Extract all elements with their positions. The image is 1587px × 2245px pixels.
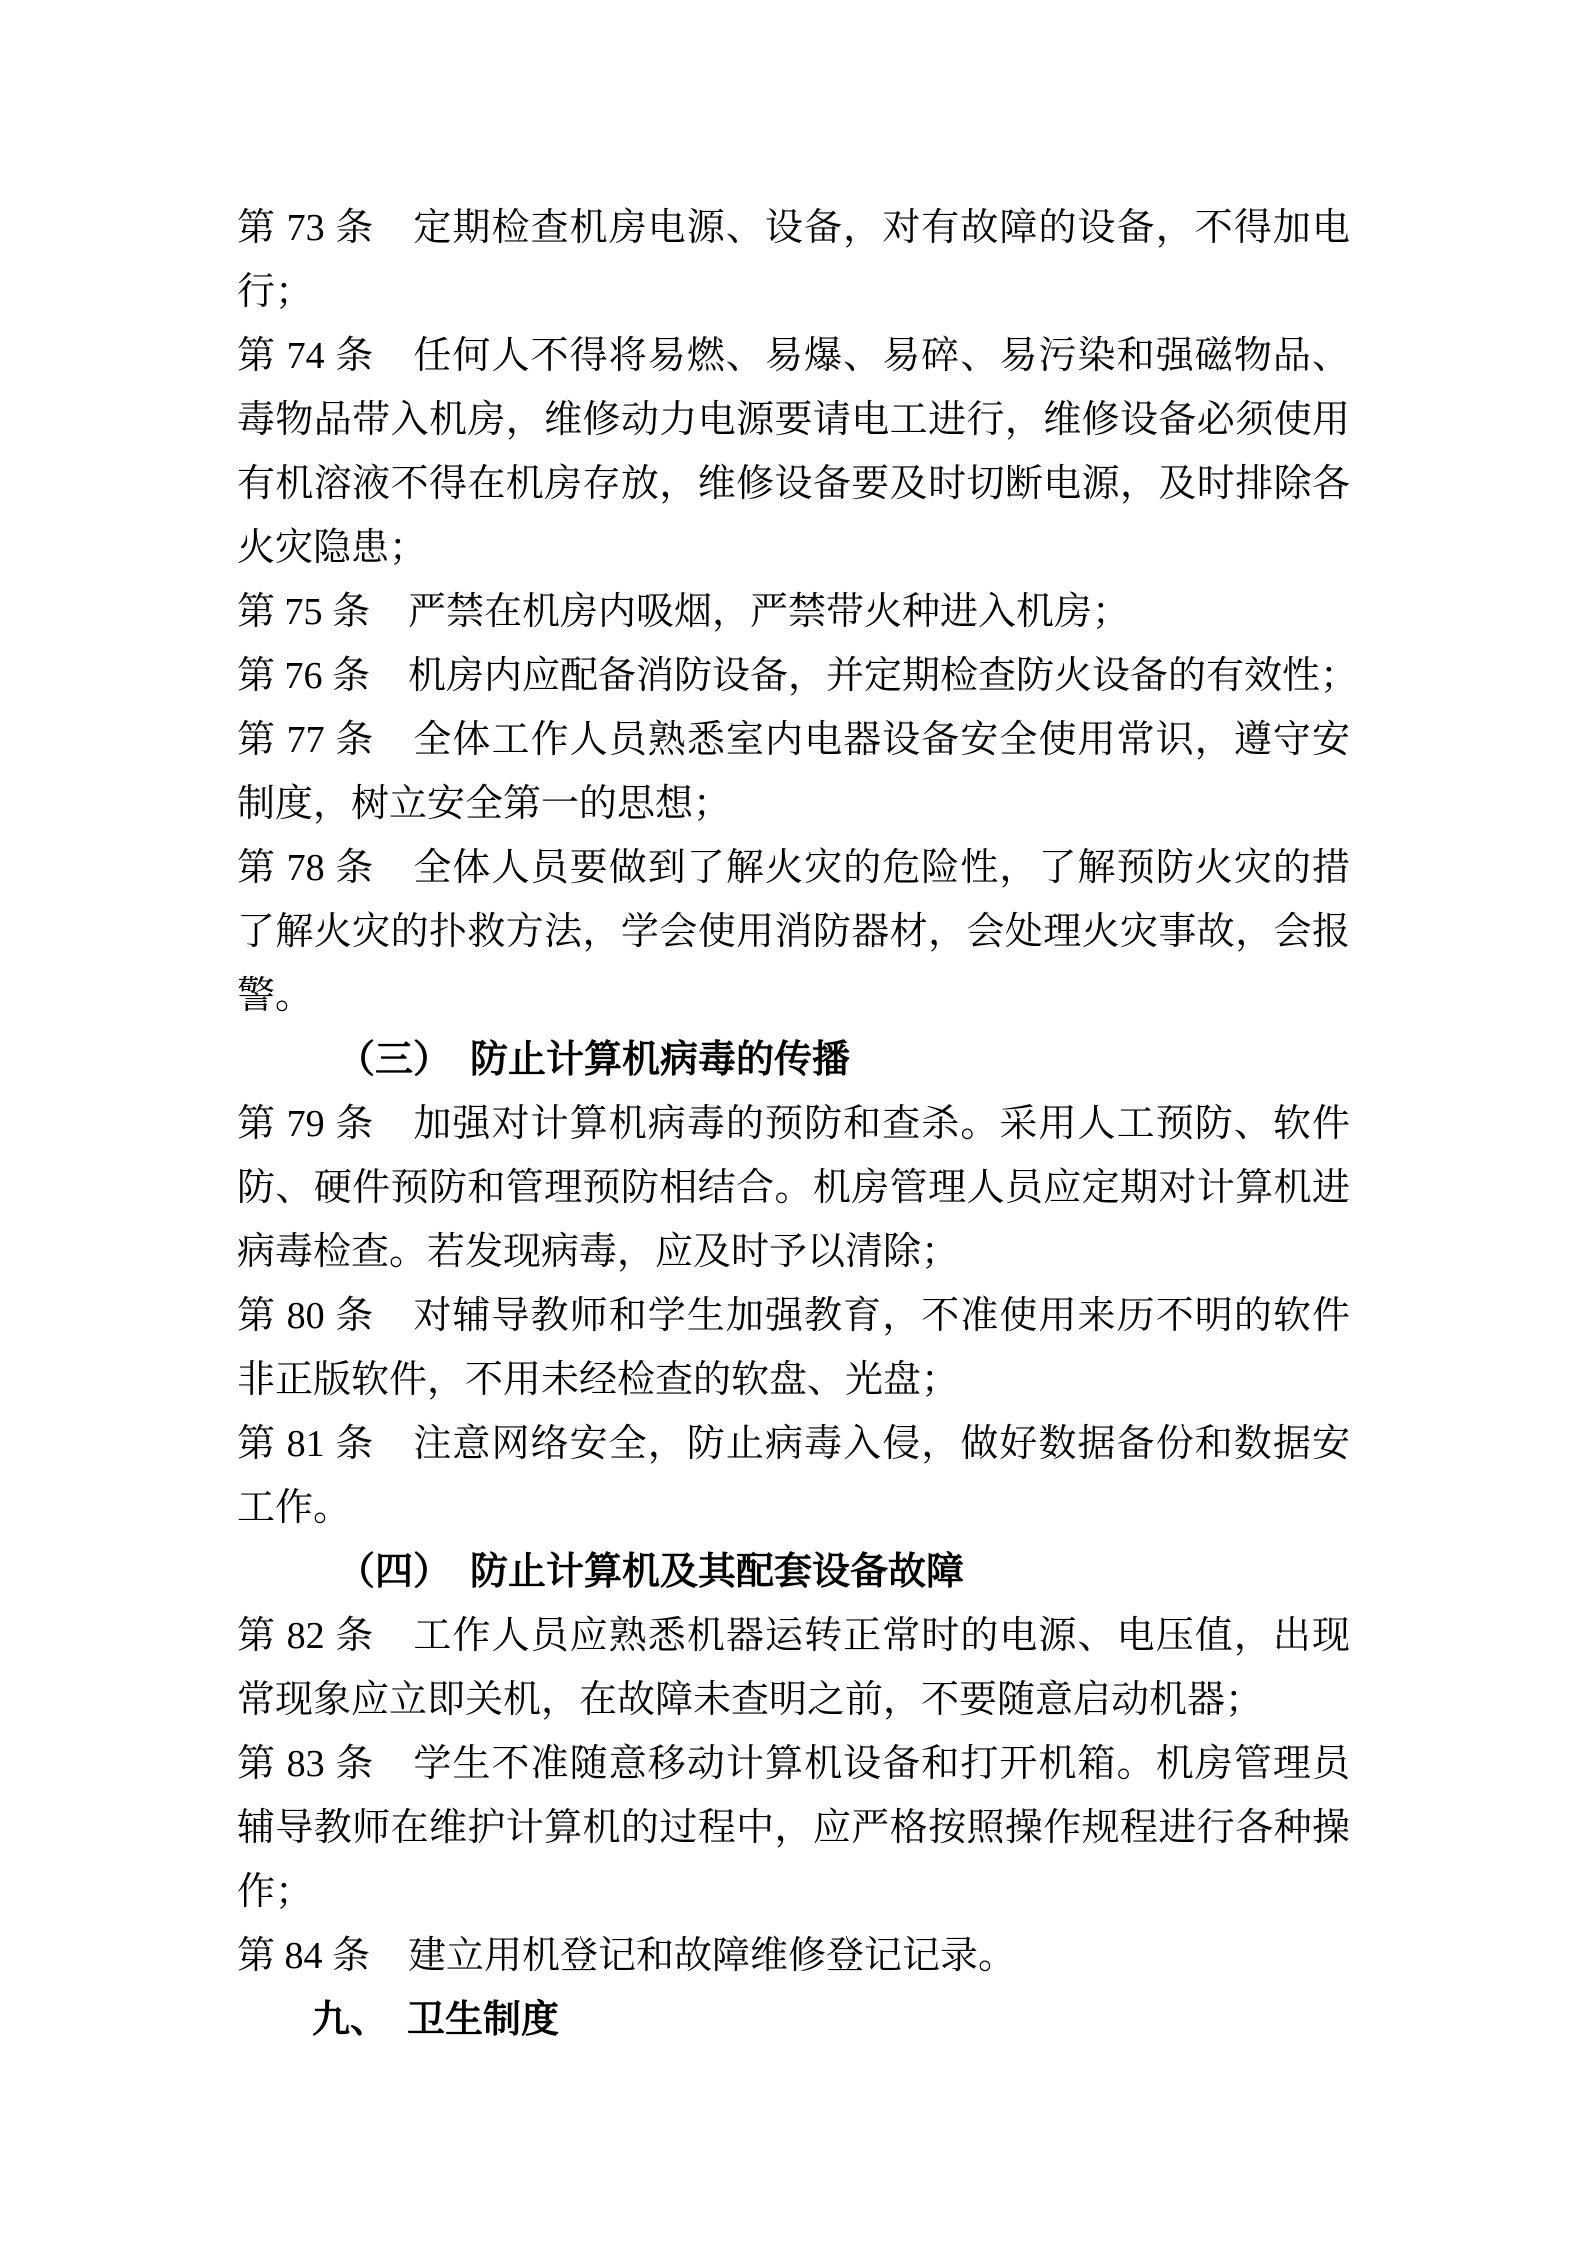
document-line: 作； <box>237 1860 1350 1924</box>
document-line: 第 83 条 学生不准随意移动计算机设备和打开机箱。机房管理员和 <box>237 1732 1350 1796</box>
document-line: 有机溶液不得在机房存放，维修设备要及时切断电源，及时排除各种 <box>237 452 1350 516</box>
document-line: 第 78 条 全体人员要做到了解火灾的危险性，了解预防火灾的措施， <box>237 836 1350 900</box>
document-line: 第 80 条 对辅导教师和学生加强教育，不准使用来历不明的软件和 <box>237 1284 1350 1348</box>
document-line: 第 84 条 建立用机登记和故障维修登记记录。 <box>237 1924 1350 1988</box>
document-line: 火灾隐患； <box>237 516 1350 580</box>
document-line: 第 75 条 严禁在机房内吸烟，严禁带火种进入机房； <box>237 580 1350 644</box>
document-line: 第 82 条 工作人员应熟悉机器运转正常时的电源、电压值，出现异 <box>237 1604 1350 1668</box>
document-line: 警。 <box>237 964 1350 1028</box>
document-line: 防、硬件预防和管理预防相结合。机房管理人员应定期对计算机进行 <box>237 1156 1350 1220</box>
document-line: 制度，树立安全第一的思想； <box>237 772 1350 836</box>
document-line: 第 79 条 加强对计算机病毒的预防和查杀。采用人工预防、软件预 <box>237 1092 1350 1156</box>
document-line: 辅导教师在维护计算机的过程中，应严格按照操作规程进行各种操 <box>237 1796 1350 1860</box>
document-line: 第 81 条 注意网络安全，防止病毒入侵，做好数据备份和数据安全 <box>237 1412 1350 1476</box>
document-line: 了解火灾的扑救方法，学会使用消防器材，会处理火灾事故，会报火 <box>237 900 1350 964</box>
document-line: 毒物品带入机房，维修动力电源要请电工进行，维修设备必须使用的 <box>237 388 1350 452</box>
document-text-block: 第 73 条 定期检查机房电源、设备，对有故障的设备，不得加电运行；第 74 条… <box>237 196 1350 2052</box>
document-line: 工作。 <box>237 1476 1350 1540</box>
document-line: 第 74 条 任何人不得将易燃、易爆、易碎、易污染和强磁物品、有 <box>237 324 1350 388</box>
document-line: 第 76 条 机房内应配备消防设备，并定期检查防火设备的有效性； <box>237 644 1350 708</box>
document-line: 行； <box>237 260 1350 324</box>
document-line: 第 77 条 全体工作人员熟悉室内电器设备安全使用常识，遵守安全 <box>237 708 1350 772</box>
document-line: 常现象应立即关机，在故障未查明之前，不要随意启动机器； <box>237 1668 1350 1732</box>
document-line: 第 73 条 定期检查机房电源、设备，对有故障的设备，不得加电运 <box>237 196 1350 260</box>
section-heading: 九、 卫生制度 <box>237 1988 1350 2052</box>
section-heading: （四） 防止计算机及其配套设备故障 <box>237 1540 1350 1604</box>
section-heading: （三） 防止计算机病毒的传播 <box>237 1028 1350 1092</box>
document-page: 第 73 条 定期检查机房电源、设备，对有故障的设备，不得加电运行；第 74 条… <box>0 0 1587 2245</box>
document-line: 非正版软件，不用未经检查的软盘、光盘； <box>237 1348 1350 1412</box>
document-line: 病毒检查。若发现病毒，应及时予以清除； <box>237 1220 1350 1284</box>
